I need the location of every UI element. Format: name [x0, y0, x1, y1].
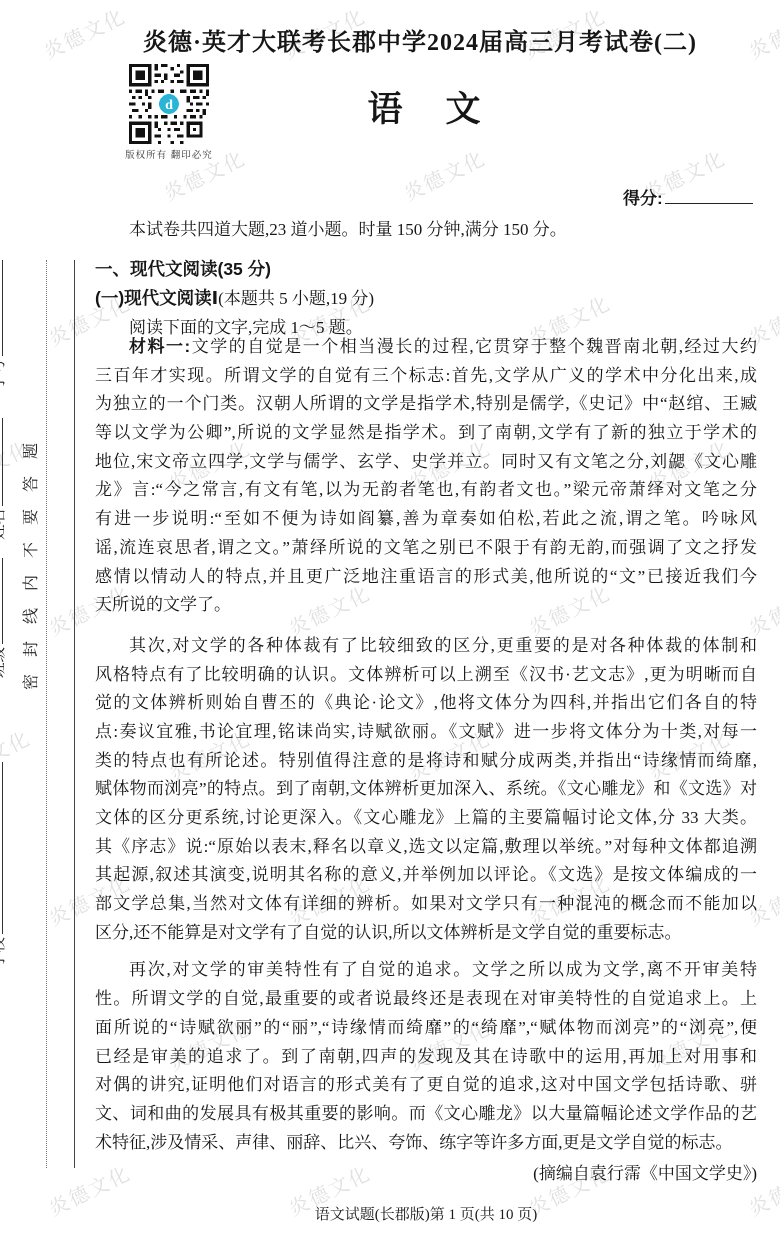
- qr-caption: 版权所有 翻印必究: [115, 147, 223, 161]
- material-1-paragraph-3: 再次,对文学的审美特性有了自觉的追求。文学之所以成为文学,离不开审美特 性。所谓…: [95, 956, 757, 1157]
- watermark-text: 炎德文化: [743, 0, 780, 65]
- seal-solid-line: [74, 260, 75, 1168]
- text-line: 对偶的讲究,证明他们对语言的形式美有了更自觉的追求,这对中国文学包括诗歌、骈: [95, 1071, 757, 1100]
- subsection-heading-rest: (本题共 5 小题,19 分): [218, 289, 374, 308]
- school-blank: [0, 762, 3, 934]
- text-line: 其《序志》说:“原始以表末,释名以章义,选文以定篇,敷理以举统。”对每种文体都追…: [95, 833, 757, 862]
- text-line: 类的特点也有所论述。特别值得注意的是将诗和赋分成两类,并指出“诗缘情而绮靡,: [95, 747, 757, 776]
- text-line: 区分,还不能算是对文学有了自觉的认识,所以文体辨析是文学自觉的重要标志。: [95, 919, 757, 948]
- text-line: 文体的区分更系统,讨论更深入。《文心雕龙》上篇的主要篇幅讨论文体,分 33 大类…: [95, 804, 757, 833]
- text-line: 文、词和曲的发展具有极其重要的影响。而《文心雕龙》以大量篇幅论述文学作品的艺: [95, 1100, 757, 1129]
- text-line: 性。所谓文学的自觉,最重要的或者说最终还是表现在对审美特性的自觉追求上。上: [95, 985, 757, 1014]
- name-blank: [0, 418, 3, 506]
- text-line: 三百年才实现。所谓文学的自觉有三个标志:首先,文学从广义的学术中分化出来,成: [95, 362, 757, 391]
- score-blank: [665, 200, 753, 204]
- text-line: 谣,流连哀思者,谓之文。”萧绎所说的文笔之别已不限于有韵无韵,而强调了文之抒发: [95, 534, 757, 563]
- text-line: 觉的文体辨析则始自曹丕的《典论·论文》,他将文体分为四科,并指出它们各自的特: [95, 689, 757, 718]
- class-field: 班级: [0, 548, 12, 678]
- text-line: 点:奏议宜雅,书论宜理,铭诔尚实,诗赋欲丽。《文赋》进一步将文体分为十类,对每一: [95, 718, 757, 747]
- text-line: 为独立的一个门类。汉朝人所谓的文学是指学术,特别是儒学,《史记》中“赵绾、王臧: [95, 390, 757, 419]
- text-line: 已经是审美的追求了。到了南朝,四声的发现及其在诗歌中的运用,再加上对用事和: [95, 1043, 757, 1072]
- text-line: 天所说的文学了。: [95, 591, 757, 620]
- text-line: 感情以情动人的特点,并且更广泛地注重语言的形式美,他所说的“文”已接近我们今: [95, 563, 757, 592]
- text-line: 面所说的“诗赋欲丽”的“丽”,“诗缘情而绮靡”的“绮靡”,“赋体物而浏亮”的“浏…: [95, 1014, 757, 1043]
- text-line: 地位,宋文帝立四学,文学与儒学、玄学、史学并立。同时又有文笔之分,刘勰《文心雕: [95, 448, 757, 477]
- material-label: 材料一:: [129, 337, 190, 356]
- score-field: 得分:: [623, 184, 753, 209]
- text-line: 有进一步说明:“至如不便为诗如阎纂,善为章奏如伯松,若此之流,谓之笔。吟咏风: [95, 505, 757, 534]
- student-id-blank: [0, 260, 3, 356]
- text-line: 赋体物而浏亮”的特点。到了南朝,文体辨析更加深入、系统。《文心雕龙》和《文选》对: [95, 775, 757, 804]
- text-line: 部文学总集,当然对文体有详细的辨析。如果对文学只有一种混沌的概念而不能加以: [95, 890, 757, 919]
- name-field: 姓名: [0, 408, 12, 540]
- seal-line-text: 密封线内不要答题: [19, 405, 45, 690]
- subsection-heading: (一)现代文阅读Ⅰ(本题共 5 小题,19 分): [95, 284, 374, 310]
- watermark-text: 炎德文化: [398, 142, 490, 207]
- text-line-content: 文学的自觉是一个相当漫长的过程,它贯穿于整个魏晋南北朝,经过大约: [190, 337, 757, 356]
- student-id-field: 学号: [0, 250, 12, 390]
- seal-dotted-line: [46, 260, 47, 1168]
- text-line: 再次,对文学的审美特性有了自觉的追求。文学之所以成为文学,离不开审美特: [95, 956, 757, 985]
- class-label: 班级: [0, 647, 7, 678]
- name-label: 姓名: [0, 509, 7, 540]
- text-line: 其起源,叙述其演变,说明其名称的意义,并举例加以评论。《文选》是按文体编成的一: [95, 861, 757, 890]
- source-attribution: (摘编自袁行霈《中国文学史》): [95, 1160, 757, 1189]
- school-field: 学校: [0, 750, 12, 968]
- text-line: 风格特点有了比较明确的认识。文体辨析可以上溯至《汉书·艺文志》,更为明晰而自: [95, 661, 757, 690]
- text-line: 术特征,涉及情采、声律、丽辞、比兴、夸饰、练字等许多方面,更是文学自觉的标志。: [95, 1129, 757, 1158]
- subsection-heading-bold: (一)现代文阅读Ⅰ: [95, 288, 218, 308]
- text-line: 其次,对文学的各种体裁有了比较细致的区分,更重要的是对各种体裁的体制和: [95, 632, 757, 661]
- material-1-paragraph-1: 材料一:文学的自觉是一个相当漫长的过程,它贯穿于整个魏晋南北朝,经过大约 三百年…: [95, 333, 757, 620]
- exam-page: 炎德文化炎德文化炎德文化炎德文化炎德文化炎德文化炎德文化炎德文化炎德文化炎德文化…: [0, 0, 780, 1235]
- school-label: 学校: [0, 937, 7, 968]
- reading-passage: 材料一:文学的自觉是一个相当漫长的过程,它贯穿于整个魏晋南北朝,经过大约 三百年…: [95, 333, 757, 1189]
- class-blank: [0, 558, 3, 644]
- page-title: 炎德·英才大联考长郡中学2024届高三月考试卷(二): [95, 22, 745, 57]
- page-footer: 语文试题(长郡版)第 1 页(共 10 页): [95, 1203, 757, 1224]
- student-id-label: 学号: [0, 359, 7, 390]
- score-label: 得分:: [623, 189, 663, 208]
- text-line: 材料一:文学的自觉是一个相当漫长的过程,它贯穿于整个魏晋南北朝,经过大约: [95, 333, 757, 362]
- material-1-paragraph-2: 其次,对文学的各种体裁有了比较细致的区分,更重要的是对各种体裁的体制和 风格特点…: [95, 632, 757, 948]
- section-heading: 一、现代文阅读(35 分): [95, 256, 271, 281]
- exam-intro: 本试卷共四道大题,23 道小题。时量 150 分钟,满分 150 分。: [129, 215, 567, 240]
- text-line: 等以文学为公卿”,所说的文学显然是指学术。到了南朝,文学有了新的独立于学术的: [95, 419, 757, 448]
- subject-title: 语 文: [95, 82, 757, 132]
- text-line: 龙》言:“今之常言,有文有笔,以为无韵者笔也,有韵者文也。”梁元帝萧绎对文笔之分: [95, 476, 757, 505]
